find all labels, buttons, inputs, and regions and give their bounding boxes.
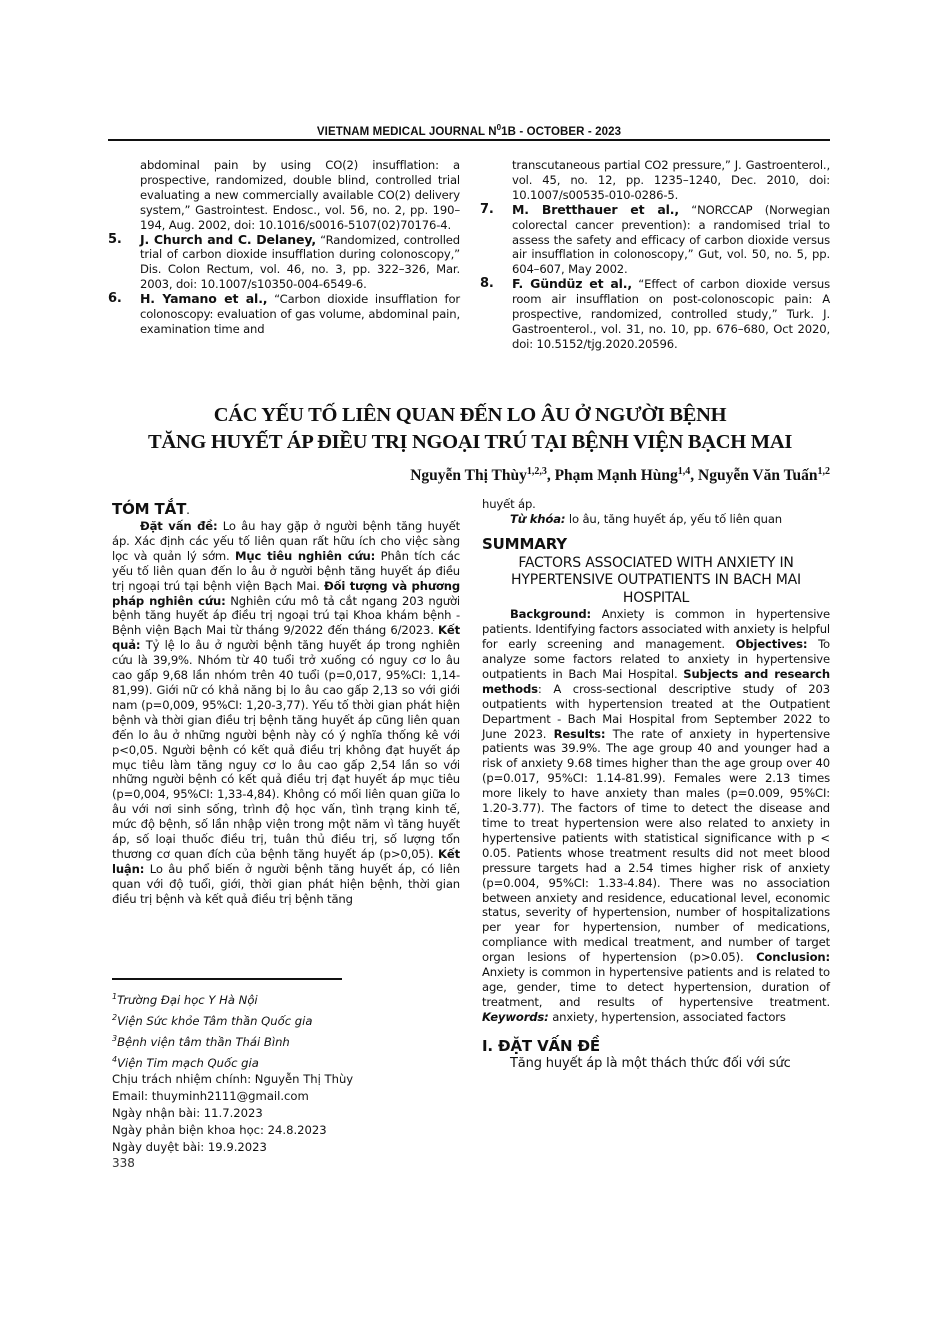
date-received: Ngày nhận bài: 11.7.2023 <box>112 1105 460 1122</box>
text-keywords-en: anxiety, hypertension, associated factor… <box>549 1010 786 1024</box>
reference-8: 8.F. Gündüz et al., “Effect of carbon di… <box>480 277 830 352</box>
text-conclusion-en: Anxiety is common in hypertensive patien… <box>482 965 830 1009</box>
author-affiliation: 1,2 <box>818 466 831 477</box>
abstract-continued: huyết áp. <box>482 497 830 512</box>
text-keywords-vi: lo âu, tăng huyết áp, yếu tố liên quan <box>565 512 782 526</box>
section-1-text: Tăng huyết áp là một thách thức đối với … <box>482 1057 830 1072</box>
author-name: Nguyễn Văn Tuấn <box>698 467 817 484</box>
summary-heading: SUMMARY <box>482 535 830 553</box>
references-left-column: abdominal pain by using CO(2) insufflati… <box>108 158 460 337</box>
section-1-heading: I. ĐẶT VẤN ĐỀ <box>482 1037 830 1055</box>
article-title: CÁC YẾU TỐ LIÊN QUAN ĐẾN LO ÂU Ở NGƯỜI B… <box>120 402 820 456</box>
reference-author: F. Gündüz et al., <box>512 276 632 291</box>
label-objectives-en: Objectives: <box>736 637 808 651</box>
keywords-vi: Từ khóa: lo âu, tăng huyết áp, yếu tố li… <box>482 512 830 527</box>
reference-continued: abdominal pain by using CO(2) insufflati… <box>108 158 460 233</box>
title-line-2: TĂNG HUYẾT ÁP ĐIỀU TRỊ NGOẠI TRÚ TẠI BỆN… <box>120 429 820 456</box>
journal-header: VIETNAM MEDICAL JOURNAL N01B - OCTOBER -… <box>108 123 830 138</box>
reference-5: 5.J. Church and C. Delaney, “Randomized,… <box>108 233 460 293</box>
abstract-heading-text: TÓM TẮT <box>112 500 186 518</box>
date-reviewed: Ngày phản biện khoa học: 24.8.2023 <box>112 1122 460 1139</box>
title-line-1: CÁC YẾU TỐ LIÊN QUAN ĐẾN LO ÂU Ở NGƯỜI B… <box>120 402 820 429</box>
reference-6: 6.H. Yamano et al., “Carbon dioxide insu… <box>108 292 460 337</box>
label-results-en: Results: <box>554 727 606 741</box>
author-name: Phạm Mạnh Hùng <box>555 467 678 484</box>
abstract-right-column: huyết áp. Từ khóa: lo âu, tăng huyết áp,… <box>482 497 830 1072</box>
references-right-column: transcutaneous partial CO2 pressure,” J.… <box>480 158 830 352</box>
text-results: Tỷ lệ lo âu ở người bệnh tăng huyết áp t… <box>112 638 460 861</box>
affiliation-text: Trường Đại học Y Hà Nội <box>117 993 258 1007</box>
abstract-vietnamese: TÓM TẮT. Đặt vấn đề: Lo âu hay gặp ở ngư… <box>112 500 460 907</box>
abstract-heading: TÓM TẮT. <box>112 500 460 519</box>
reference-author: H. Yamano et al., <box>140 291 267 306</box>
reference-number: 6. <box>108 292 122 307</box>
issue-date: 1B - OCTOBER - 2023 <box>501 126 621 138</box>
text-results-en: The rate of anxiety in hypertensive pati… <box>482 727 830 965</box>
reference-text: transcutaneous partial CO2 pressure,” J.… <box>512 158 830 202</box>
journal-name: VIETNAM MEDICAL JOURNAL N <box>317 126 497 138</box>
label-objectives: Mục tiêu nghiên cứu: <box>235 549 375 563</box>
corresponding-author: Chịu trách nhiệm chính: Nguyễn Thị Thùy <box>112 1071 460 1088</box>
reference-text: abdominal pain by using CO(2) insufflati… <box>140 158 460 232</box>
heading-period: . <box>186 503 190 517</box>
footnote-rule <box>112 978 342 980</box>
label-conclusion-en: Conclusion: <box>756 950 830 964</box>
summary-body: Background: Anxiety is common in hyperte… <box>482 607 830 1024</box>
author-affiliation: 1,2,3 <box>527 466 547 477</box>
reference-continued: transcutaneous partial CO2 pressure,” J.… <box>480 158 830 203</box>
author-name: Nguyễn Thị Thùy <box>410 467 527 484</box>
abstract-body: Đặt vấn đề: Lo âu hay gặp ở người bệnh t… <box>112 519 460 907</box>
reference-7: 7.M. Bretthauer et al., “NORCCAP (Norweg… <box>480 203 830 278</box>
affiliation-1: 1Trường Đại học Y Hà Nội <box>112 988 460 1009</box>
summary-title: FACTORS ASSOCIATED WITH ANXIETY IN HYPER… <box>482 555 830 608</box>
author-list: Nguyễn Thị Thùy1,2,3, Phạm Mạnh Hùng1,4,… <box>300 466 830 485</box>
date-accepted: Ngày duyệt bài: 19.9.2023 <box>112 1139 460 1156</box>
affiliation-text: Viện Tim mạch Quốc gia <box>117 1055 259 1069</box>
reference-author: M. Bretthauer et al., <box>512 202 679 217</box>
text-conclusion: Lo âu phổ biến ở người bệnh tăng huyết á… <box>112 862 460 906</box>
affiliation-4: 4Viện Tim mạch Quốc gia <box>112 1051 460 1072</box>
label-keywords-en: Keywords: <box>482 1010 549 1024</box>
label-keywords-vi: Từ khóa: <box>510 512 565 526</box>
page-number: 338 <box>112 1156 135 1170</box>
author-affiliation: 1,4 <box>678 466 691 477</box>
affiliation-text: Bệnh viện tâm thần Thái Bình <box>117 1035 290 1049</box>
reference-number: 7. <box>480 203 494 218</box>
affiliation-text: Viện Sức khỏe Tâm thần Quốc gia <box>117 1014 312 1028</box>
email: Email: thuyminh2111@gmail.com <box>112 1088 460 1105</box>
affiliation-2: 2Viện Sức khỏe Tâm thần Quốc gia <box>112 1009 460 1030</box>
footnotes: 1Trường Đại học Y Hà Nội 2Viện Sức khỏe … <box>112 988 460 1156</box>
label-background-en: Background: <box>510 607 591 621</box>
reference-number: 5. <box>108 233 122 248</box>
reference-author: J. Church and C. Delaney, <box>140 232 316 247</box>
header-rule <box>108 139 830 141</box>
reference-number: 8. <box>480 277 494 292</box>
label-background: Đặt vấn đề: <box>140 519 217 533</box>
affiliation-3: 3Bệnh viện tâm thần Thái Bình <box>112 1030 460 1051</box>
